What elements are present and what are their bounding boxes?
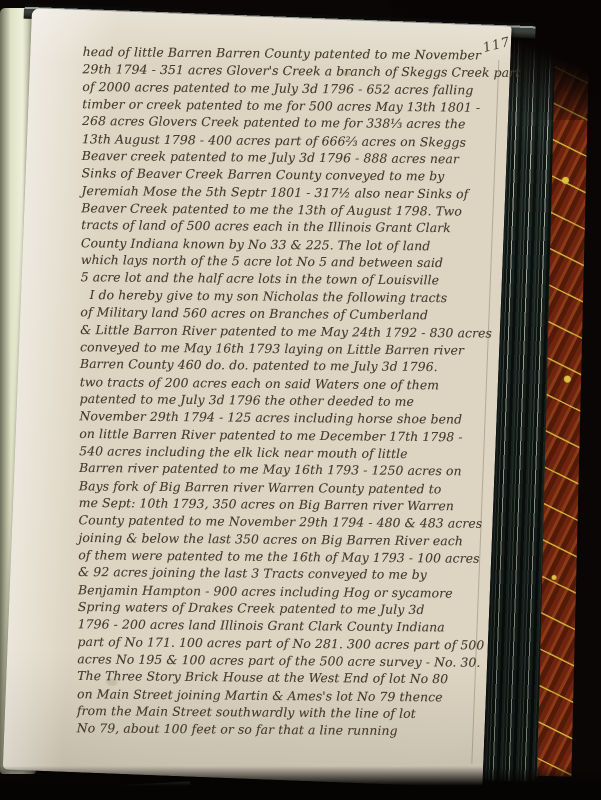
manuscript-line: acres No 195 & 100 acres part of the 500… — [77, 650, 497, 671]
manuscript-line: County Indiana known by No 33 & 225. The… — [81, 234, 501, 255]
manuscript-line: 540 acres including the elk lick near mo… — [79, 442, 499, 463]
manuscript-line: November 29th 1794 - 125 acres including… — [79, 407, 499, 428]
manuscript-line: County patented to me November 29th 1794… — [78, 512, 498, 533]
manuscript-line: 5 acre lot and the half acre lots in the… — [81, 269, 501, 290]
manuscript-line: on Main Street joining Martin & Ames's l… — [77, 685, 497, 706]
paper-sheet: 117 head of little Barren Barren County … — [3, 8, 512, 788]
manuscript-line: Bays fork of Big Barren river Warren Cou… — [79, 477, 499, 498]
manuscript-line: Benjamin Hampton - 900 acres including H… — [78, 581, 498, 602]
manuscript-line: of Military land 560 acres on Branches o… — [80, 303, 500, 324]
manuscript-page: 117 head of little Barren Barren County … — [3, 8, 512, 788]
ledger-photo: 117 head of little Barren Barren County … — [0, 0, 601, 800]
bottom-shadow — [0, 766, 601, 800]
manuscript-text: head of little Barren Barren County pate… — [77, 43, 503, 740]
manuscript-line: conveyed to me May 16th 1793 laying on L… — [80, 338, 500, 359]
manuscript-line: two tracts of 200 acres each on said Wat… — [80, 373, 500, 394]
manuscript-line: Beaver Creek patented to me the 13th of … — [81, 199, 501, 220]
manuscript-line: Sinks of Beaver Creek Barren County conv… — [81, 165, 501, 186]
manuscript-line: 29th 1794 - 351 acres Glover's Creek a b… — [82, 61, 502, 82]
manuscript-line: 1796 - 200 acres land Illinois Grant Cla… — [78, 616, 498, 637]
manuscript-line: of them were patented to me the 16th of … — [78, 546, 498, 567]
manuscript-line: No 79, about 100 feet or so far that a l… — [77, 720, 497, 741]
manuscript-line: 13th August 1798 - 400 acres part of 666… — [82, 130, 502, 151]
manuscript-line: timber or creek patented to me for 500 a… — [82, 95, 502, 116]
